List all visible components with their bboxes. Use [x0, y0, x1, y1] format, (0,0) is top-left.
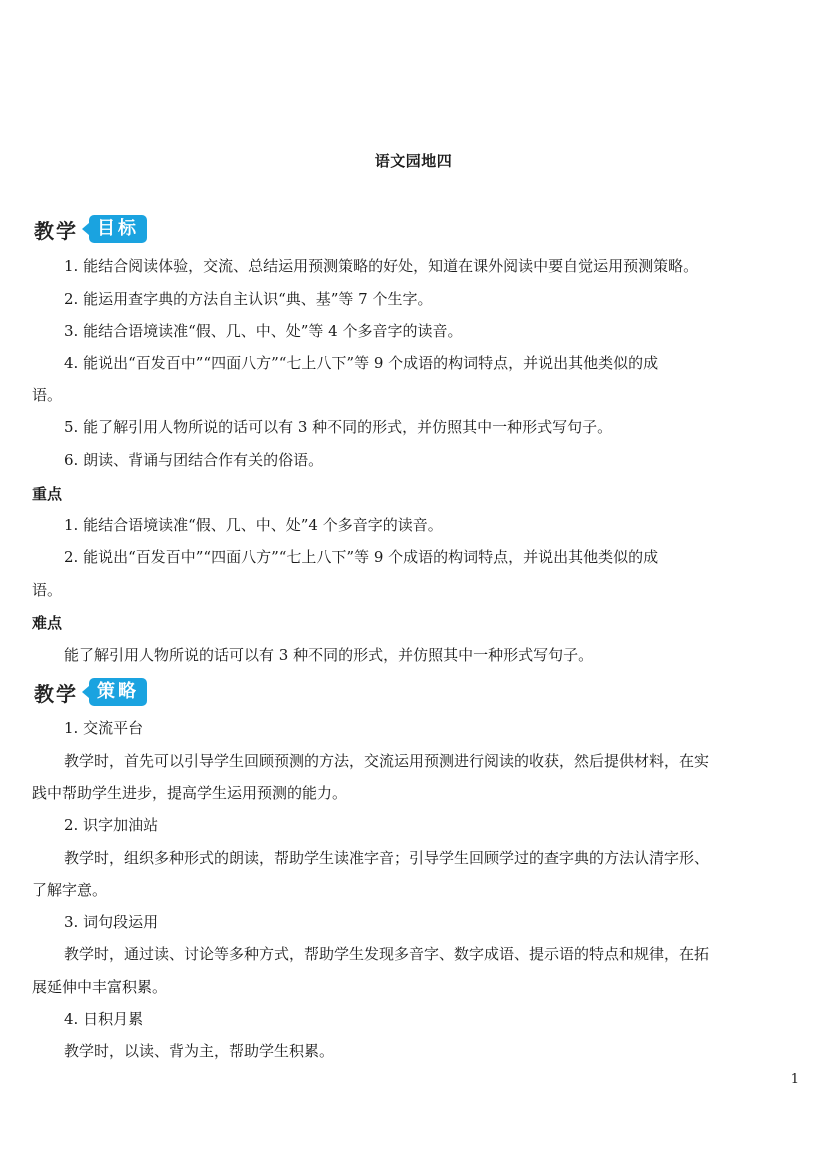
- key-points-heading: 重点: [32, 483, 62, 504]
- strategy-paragraph: 教学时，组织多种形式的朗读，帮助学生读准字音；引导学生回顾学过的查字典的方法认清…: [64, 848, 784, 868]
- difficulties-heading: 难点: [32, 612, 62, 633]
- goal-item-continuation: 语。: [32, 385, 784, 405]
- section-badge: 策略: [82, 678, 147, 706]
- strategy-paragraph: 教学时，首先可以引导学生回顾预测的方法，交流运用预测进行阅读的收获，然后提供材料…: [64, 751, 784, 771]
- page-title: 语文园地四: [0, 150, 827, 171]
- strategy-paragraph: 教学时，以读、背为主，帮助学生积累。: [64, 1041, 784, 1061]
- key-point-item: 1. 能结合语境读准“假、几、中、处”4 个多音字的读音。: [64, 515, 784, 535]
- strategy-subheading: 3. 词句段运用: [64, 912, 784, 932]
- section-badge-label: 目标: [89, 215, 147, 243]
- strategy-paragraph-continuation: 了解字意。: [32, 880, 784, 900]
- section-prefix: 教学: [34, 215, 78, 244]
- goal-item: 3. 能结合语境读准“假、几、中、处”等 4 个多音字的读音。: [64, 321, 784, 341]
- badge-pointer-icon: [82, 686, 89, 698]
- strategy-paragraph-continuation: 践中帮助学生进步，提高学生运用预测的能力。: [32, 783, 784, 803]
- goal-item: 4. 能说出“百发百中”“四面八方”“七上八下”等 9 个成语的构词特点，并说出…: [64, 353, 784, 373]
- goal-item: 6. 朗读、背诵与团结合作有关的俗语。: [64, 450, 784, 470]
- strategy-subheading: 4. 日积月累: [64, 1009, 784, 1029]
- section-header-strategy: 教学 策略: [34, 677, 147, 707]
- section-badge-label: 策略: [89, 678, 147, 706]
- strategy-subheading: 2. 识字加油站: [64, 815, 784, 835]
- difficulty-item: 能了解引用人物所说的话可以有 3 种不同的形式，并仿照其中一种形式写句子。: [64, 645, 784, 665]
- strategy-subheading: 1. 交流平台: [64, 718, 784, 738]
- key-point-continuation: 语。: [32, 580, 784, 600]
- badge-pointer-icon: [82, 223, 89, 235]
- section-prefix: 教学: [34, 678, 78, 707]
- page-number: 1: [791, 1072, 799, 1087]
- section-badge: 目标: [82, 215, 147, 243]
- goal-item: 2. 能运用查字典的方法自主认识“典、基”等 7 个生字。: [64, 289, 784, 309]
- strategy-paragraph-continuation: 展延伸中丰富积累。: [32, 977, 784, 997]
- strategy-paragraph: 教学时，通过读、讨论等多种方式，帮助学生发现多音字、数字成语、提示语的特点和规律…: [64, 944, 784, 964]
- key-point-item: 2. 能说出“百发百中”“四面八方”“七上八下”等 9 个成语的构词特点，并说出…: [64, 547, 784, 567]
- section-header-goals: 教学 目标: [34, 214, 147, 244]
- goal-item: 1. 能结合阅读体验，交流、总结运用预测策略的好处，知道在课外阅读中要自觉运用预…: [64, 256, 784, 276]
- goal-item: 5. 能了解引用人物所说的话可以有 3 种不同的形式，并仿照其中一种形式写句子。: [64, 417, 784, 437]
